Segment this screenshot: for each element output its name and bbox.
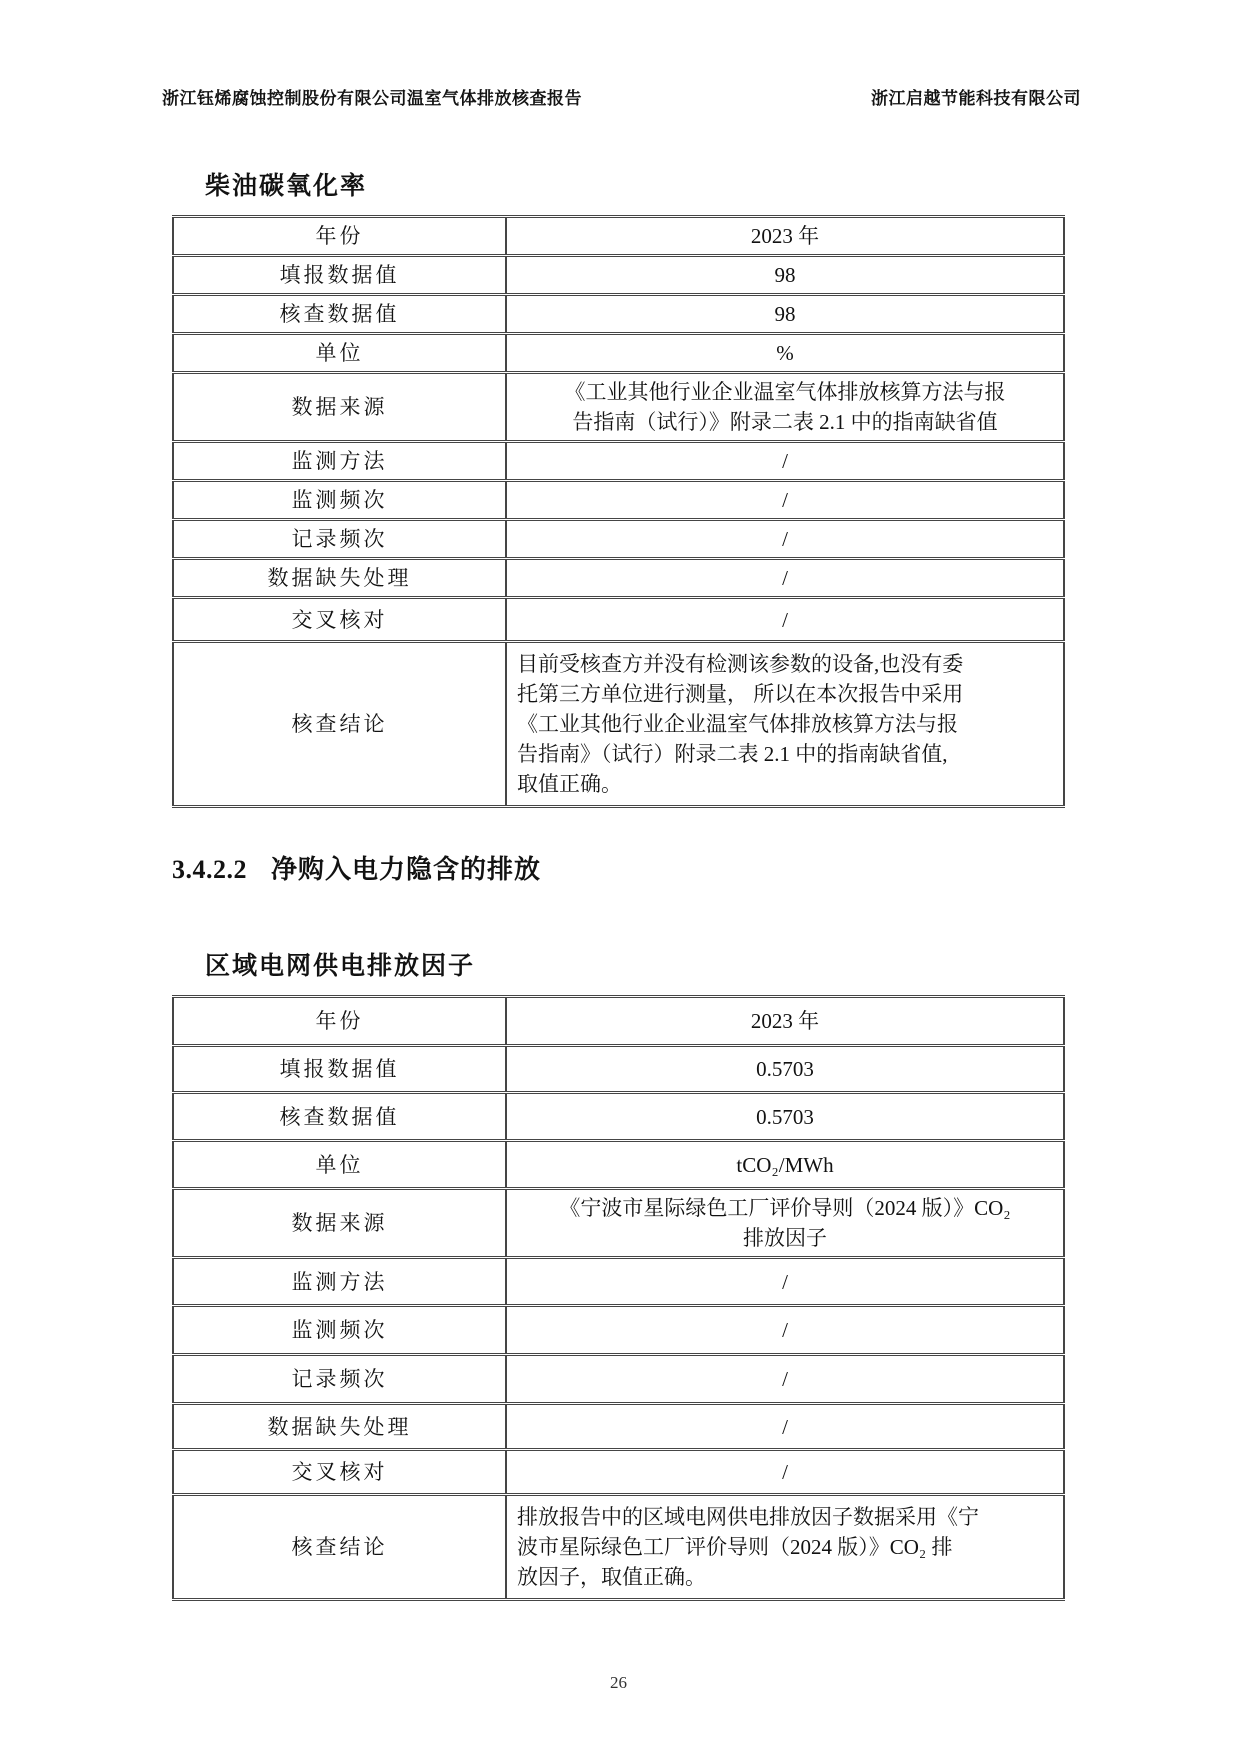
- header-company-name: 浙江启越节能科技有限公司: [871, 88, 1081, 110]
- row-label-cell: 监测方法: [173, 442, 506, 481]
- row-label-cell: 监测方法: [173, 1258, 506, 1306]
- row-value-cell: /: [506, 1306, 1064, 1355]
- row-value-cell: /: [506, 559, 1064, 598]
- row-value-cell: /: [506, 1258, 1064, 1306]
- row-value-cell: 排放报告中的区域电网供电排放因子数据采用《宁 波市星际绿色工厂评价导则（2024…: [506, 1495, 1064, 1600]
- diesel-carbon-oxidation-table: 年份 2023 年 填报数据值 98 核查数据值 98 单位 % 数据来源 《工…: [172, 215, 1065, 808]
- table-row: 记录频次 /: [173, 1355, 1064, 1404]
- section-title: 净购入电力隐含的排放: [271, 855, 541, 884]
- row-value-cell: /: [506, 1355, 1064, 1404]
- table-row: 数据来源 《工业其他行业企业温室气体排放核算方法与报 告指南（试行）》附录二表 …: [173, 373, 1064, 442]
- row-value-cell: tCO₂/MWh: [506, 1141, 1064, 1189]
- table-row: 核查数据值 98: [173, 295, 1064, 334]
- row-value-cell: /: [506, 442, 1064, 481]
- row-label-cell: 核查结论: [173, 642, 506, 807]
- document-page: 浙江钰烯腐蚀控制股份有限公司温室气体排放核查报告 浙江启越节能科技有限公司 柴油…: [0, 0, 1241, 1755]
- row-label-cell: 单位: [173, 1141, 506, 1189]
- table-row: 核查结论 排放报告中的区域电网供电排放因子数据采用《宁 波市星际绿色工厂评价导则…: [173, 1495, 1064, 1600]
- row-label-cell: 交叉核对: [173, 1450, 506, 1495]
- row-label-cell: 数据来源: [173, 373, 506, 442]
- row-label-cell: 核查数据值: [173, 1093, 506, 1141]
- table-row: 交叉核对 /: [173, 598, 1064, 642]
- row-label-cell: 记录频次: [173, 1355, 506, 1404]
- row-value-cell: %: [506, 334, 1064, 373]
- row-value-cell: /: [506, 481, 1064, 520]
- row-label-cell: 记录频次: [173, 520, 506, 559]
- table-row: 监测方法 /: [173, 1258, 1064, 1306]
- table-row: 数据来源 《宁波市星际绿色工厂评价导则（2024 版）》CO₂ 排放因子: [173, 1189, 1064, 1258]
- row-label-cell: 单位: [173, 334, 506, 373]
- table-row: 单位 %: [173, 334, 1064, 373]
- table-row: 监测频次 /: [173, 1306, 1064, 1355]
- row-label-cell: 数据缺失处理: [173, 1404, 506, 1450]
- row-label-cell: 年份: [173, 997, 506, 1046]
- table-row: 数据缺失处理 /: [173, 1404, 1064, 1450]
- row-value-cell: 《工业其他行业企业温室气体排放核算方法与报 告指南（试行）》附录二表 2.1 中…: [506, 373, 1064, 442]
- row-label-cell: 数据缺失处理: [173, 559, 506, 598]
- row-value-cell: 2023 年: [506, 217, 1064, 256]
- table-row: 核查数据值 0.5703: [173, 1093, 1064, 1141]
- table-row: 交叉核对 /: [173, 1450, 1064, 1495]
- table1-title: 柴油碳氧化率: [205, 172, 1241, 202]
- section-heading: 3.4.2.2净购入电力隐含的排放: [172, 854, 1241, 886]
- row-label-cell: 交叉核对: [173, 598, 506, 642]
- row-label-cell: 填报数据值: [173, 1046, 506, 1093]
- row-label-cell: 核查结论: [173, 1495, 506, 1600]
- row-value-cell: /: [506, 1450, 1064, 1495]
- row-value-cell: /: [506, 598, 1064, 642]
- row-value-cell: 0.5703: [506, 1093, 1064, 1141]
- table-row: 年份 2023 年: [173, 997, 1064, 1046]
- row-value-cell: 98: [506, 295, 1064, 334]
- table-row: 监测频次 /: [173, 481, 1064, 520]
- table-row: 记录频次 /: [173, 520, 1064, 559]
- row-value-cell: 《宁波市星际绿色工厂评价导则（2024 版）》CO₂ 排放因子: [506, 1189, 1064, 1258]
- table-row: 年份 2023 年: [173, 217, 1064, 256]
- page-header: 浙江钰烯腐蚀控制股份有限公司温室气体排放核查报告 浙江启越节能科技有限公司: [162, 88, 1081, 110]
- row-label-cell: 年份: [173, 217, 506, 256]
- row-value-cell: 98: [506, 256, 1064, 295]
- row-value-cell: /: [506, 520, 1064, 559]
- table-row: 单位 tCO₂/MWh: [173, 1141, 1064, 1189]
- row-label-cell: 数据来源: [173, 1189, 506, 1258]
- row-value-cell: 2023 年: [506, 997, 1064, 1046]
- row-value-cell: /: [506, 1404, 1064, 1450]
- table-row: 监测方法 /: [173, 442, 1064, 481]
- row-value-cell: 0.5703: [506, 1046, 1064, 1093]
- page-number: 26: [172, 1673, 1065, 1693]
- row-label-cell: 监测频次: [173, 481, 506, 520]
- row-label-cell: 监测频次: [173, 1306, 506, 1355]
- table-row: 数据缺失处理 /: [173, 559, 1064, 598]
- header-report-title: 浙江钰烯腐蚀控制股份有限公司温室气体排放核查报告: [162, 88, 582, 110]
- section-number: 3.4.2.2: [172, 855, 247, 884]
- row-value-cell: 目前受核查方并没有检测该参数的设备,也没有委 托第三方单位进行测量， 所以在本次…: [506, 642, 1064, 807]
- table-row: 核查结论 目前受核查方并没有检测该参数的设备,也没有委 托第三方单位进行测量， …: [173, 642, 1064, 807]
- table2-title: 区域电网供电排放因子: [205, 952, 1241, 982]
- grid-emission-factor-table: 年份 2023 年 填报数据值 0.5703 核查数据值 0.5703 单位 t…: [172, 995, 1065, 1601]
- row-label-cell: 填报数据值: [173, 256, 506, 295]
- row-label-cell: 核查数据值: [173, 295, 506, 334]
- table-row: 填报数据值 98: [173, 256, 1064, 295]
- table-row: 填报数据值 0.5703: [173, 1046, 1064, 1093]
